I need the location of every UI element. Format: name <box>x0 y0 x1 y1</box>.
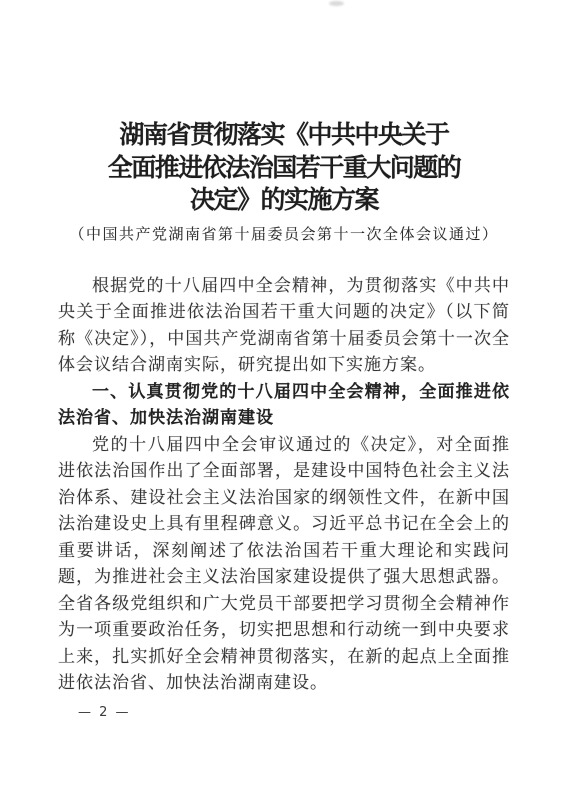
scan-artifact <box>329 1 344 6</box>
document-subtitle: （中国共产党湖南省第十届委员会第十一次全体会议通过） <box>58 223 510 247</box>
section-1-heading: 一、认真贯彻党的十八届四中全会精神，全面推进依法治省、加快法治湖南建设 <box>58 379 510 432</box>
title-line-2: 全面推进依法治国若干重大问题的 <box>58 153 510 186</box>
document-title: 湖南省贯彻落实《中共中央关于 全面推进依法治国若干重大问题的 决定》的实施方案 <box>58 120 510 218</box>
page-number: — 2 — <box>78 705 510 720</box>
document-body: 根据党的十八届四中全会精神，为贯彻落实《中共中央关于全面推进依法治国若干重大问题… <box>58 273 510 697</box>
document-page: 湖南省贯彻落实《中共中央关于 全面推进依法治国若干重大问题的 决定》的实施方案 … <box>0 0 567 802</box>
intro-paragraph: 根据党的十八届四中全会精神，为贯彻落实《中共中央关于全面推进依法治国若干重大问题… <box>58 273 510 379</box>
section-1-paragraph: 党的十八届四中全会审议通过的《决定》，对全面推进依法治国作出了全面部署，是建设中… <box>58 432 510 697</box>
title-line-1: 湖南省贯彻落实《中共中央关于 <box>58 120 510 153</box>
title-line-3: 决定》的实施方案 <box>58 185 510 218</box>
